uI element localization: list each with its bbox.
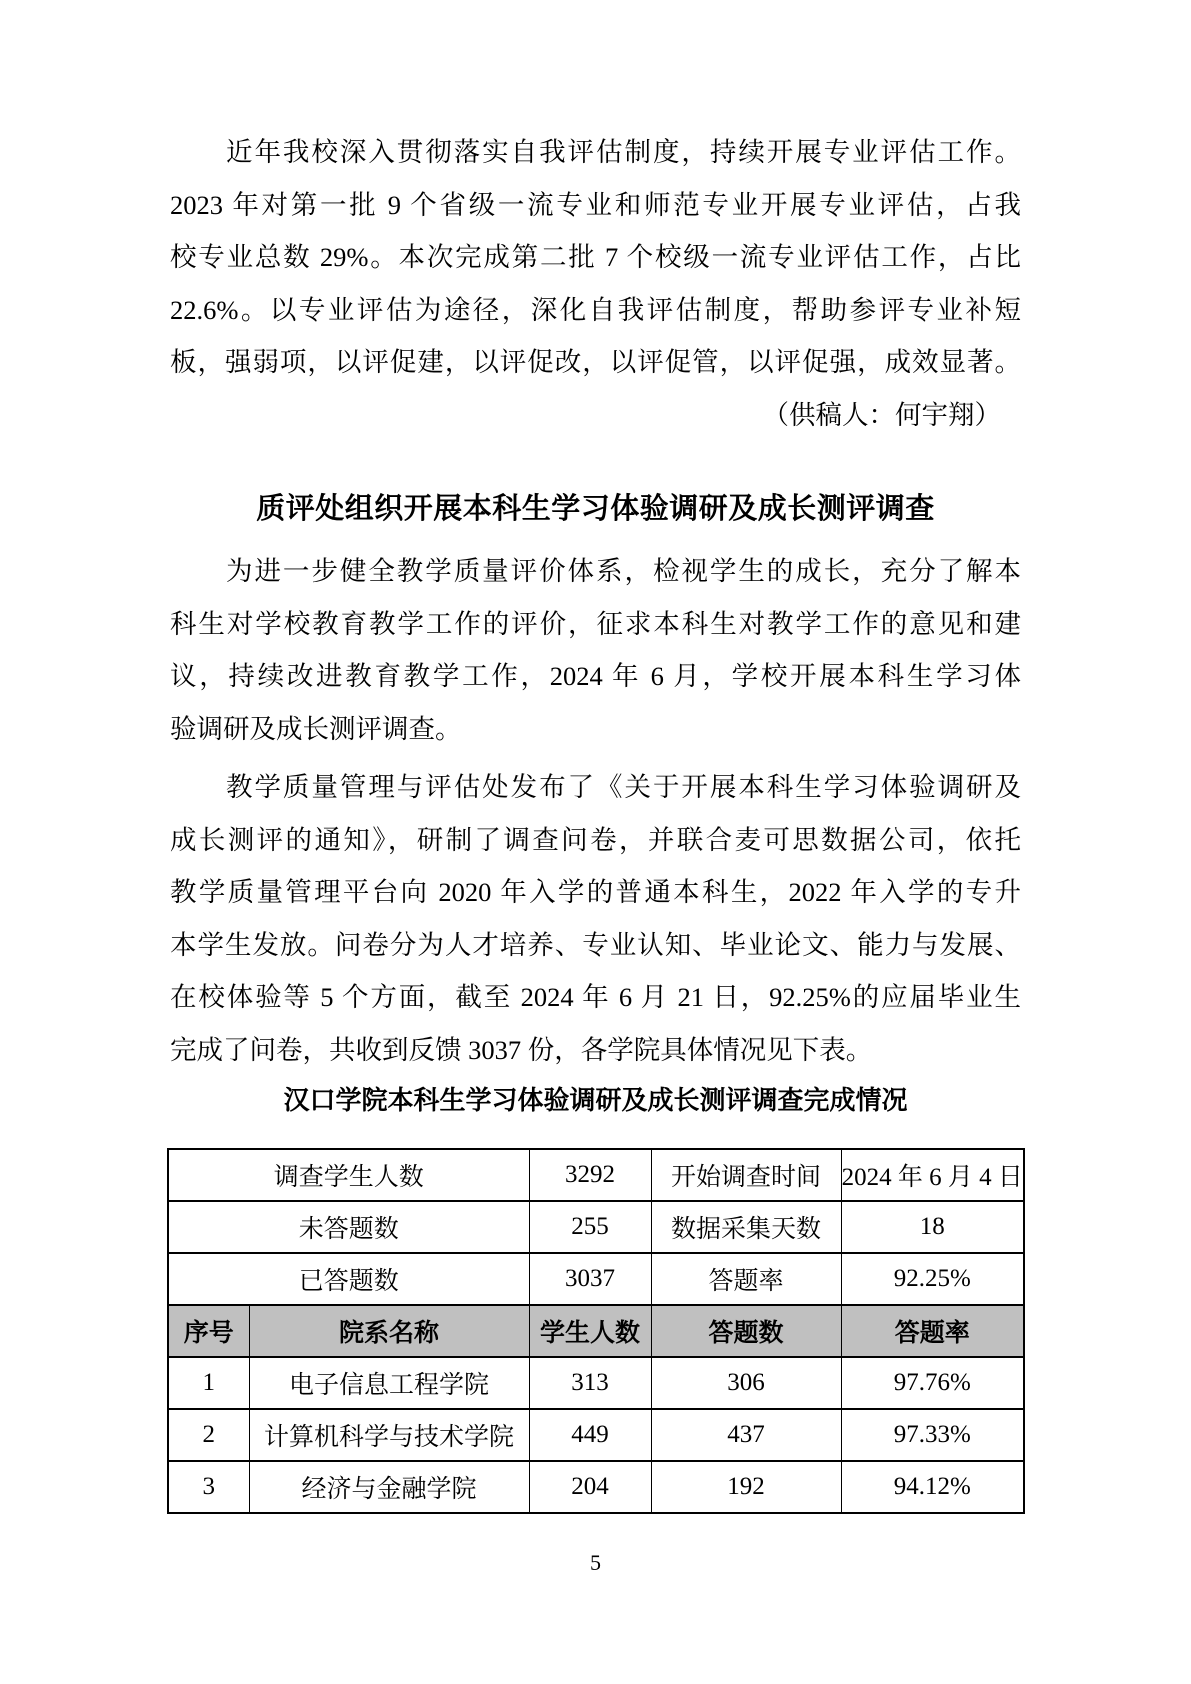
table-cell: 306	[651, 1357, 841, 1409]
table-cell: 94.12%	[841, 1461, 1024, 1513]
table-cell-label: 数据采集天数	[651, 1201, 841, 1253]
table-row: 3 经济与金融学院 204 192 94.12%	[168, 1461, 1024, 1513]
text-line: 教学质量管理与评估处发布了《关于开展本科生学习体验调研及	[170, 761, 1021, 814]
text-line: 成长测评的通知》，研制了调查问卷，并联合麦可思数据公司，依托	[170, 814, 1021, 867]
section-heading: 质评处组织开展本科生学习体验调研及成长测评调查	[170, 481, 1021, 537]
paragraph-evaluation-summary: 近年我校深入贯彻落实自我评估制度，持续开展专业评估工作。 2023 年对第一批 …	[170, 126, 1021, 441]
table-title: 汉口学院本科生学习体验调研及成长测评调查完成情况	[170, 1082, 1021, 1118]
table-cell-label: 调查学生人数	[168, 1149, 529, 1201]
text-line: 在校体验等 5 个方面，截至 2024 年 6 月 21 日，92.25%的应届…	[170, 971, 1021, 1024]
table-cell: 经济与金融学院	[249, 1461, 529, 1513]
table-cell-label: 答题率	[651, 1253, 841, 1305]
text-line: 本学生发放。问卷分为人才培养、专业认知、毕业论文、能力与发展、	[170, 919, 1021, 972]
table-summary-row: 已答题数 3037 答题率 92.25%	[168, 1253, 1024, 1305]
table-cell-label: 未答题数	[168, 1201, 529, 1253]
table-cell: 计算机科学与技术学院	[249, 1409, 529, 1461]
table-cell: 电子信息工程学院	[249, 1357, 529, 1409]
text-line: 科生对学校教育教学工作的评价，征求本科生对教学工作的意见和建	[170, 598, 1021, 651]
table-cell: 192	[651, 1461, 841, 1513]
table-summary-row: 未答题数 255 数据采集天数 18	[168, 1201, 1024, 1253]
table-cell: 1	[168, 1357, 249, 1409]
table-row: 1 电子信息工程学院 313 306 97.76%	[168, 1357, 1024, 1409]
text-line: 议，持续改进教育教学工作，2024 年 6 月，学校开展本科生学习体	[170, 650, 1021, 703]
text-line: 板，强弱项，以评促建，以评促改，以评促管，以评促强，成效显著。	[170, 336, 1021, 389]
text-line: 校专业总数 29%。本次完成第二批 7 个校级一流专业评估工作，占比	[170, 231, 1021, 284]
text-line: 为进一步健全教学质量评价体系，检视学生的成长，充分了解本	[170, 545, 1021, 598]
table-cell: 313	[529, 1357, 651, 1409]
table-cell-value: 3037	[529, 1253, 651, 1305]
table-cell-label: 已答题数	[168, 1253, 529, 1305]
page-content: 近年我校深入贯彻落实自我评估制度，持续开展专业评估工作。 2023 年对第一批 …	[170, 126, 1021, 1514]
table-cell: 2	[168, 1409, 249, 1461]
survey-completion-table: 调查学生人数 3292 开始调查时间 2024 年 6 月 4 日 未答题数 2…	[167, 1148, 1025, 1514]
paragraph-survey-details: 教学质量管理与评估处发布了《关于开展本科生学习体验调研及 成长测评的通知》，研制…	[170, 761, 1021, 1076]
table-header-cell: 序号	[168, 1305, 249, 1357]
table-cell-value: 92.25%	[841, 1253, 1024, 1305]
table-cell: 97.33%	[841, 1409, 1024, 1461]
table-cell: 449	[529, 1409, 651, 1461]
table-header-cell: 院系名称	[249, 1305, 529, 1357]
text-line: 教学质量管理平台向 2020 年入学的普通本科生，2022 年入学的专升	[170, 866, 1021, 919]
text-line: 验调研及成长测评调查。	[170, 703, 1021, 756]
table-summary-row: 调查学生人数 3292 开始调查时间 2024 年 6 月 4 日	[168, 1149, 1024, 1201]
table-cell: 204	[529, 1461, 651, 1513]
table-header-cell: 学生人数	[529, 1305, 651, 1357]
table-cell-value: 3292	[529, 1149, 651, 1201]
table-cell-value: 255	[529, 1201, 651, 1253]
text-line: 22.6%。以专业评估为途径，深化自我评估制度，帮助参评专业补短	[170, 284, 1021, 337]
table-header-cell: 答题率	[841, 1305, 1024, 1357]
page-number: 5	[0, 1550, 1191, 1576]
table-cell-value: 18	[841, 1201, 1024, 1253]
text-line: 2023 年对第一批 9 个省级一流专业和师范专业开展专业评估，占我	[170, 179, 1021, 232]
table-header-cell: 答题数	[651, 1305, 841, 1357]
table-cell: 437	[651, 1409, 841, 1461]
table-cell: 97.76%	[841, 1357, 1024, 1409]
table-cell-value: 2024 年 6 月 4 日	[841, 1149, 1024, 1201]
table-cell: 3	[168, 1461, 249, 1513]
table-header-row: 序号 院系名称 学生人数 答题数 答题率	[168, 1305, 1024, 1357]
table-cell-label: 开始调查时间	[651, 1149, 841, 1201]
table-row: 2 计算机科学与技术学院 449 437 97.33%	[168, 1409, 1024, 1461]
text-line: 完成了问卷，共收到反馈 3037 份，各学院具体情况见下表。	[170, 1024, 1021, 1077]
text-line: 近年我校深入贯彻落实自我评估制度，持续开展专业评估工作。	[170, 126, 1021, 179]
document-page: 近年我校深入贯彻落实自我评估制度，持续开展专业评估工作。 2023 年对第一批 …	[0, 0, 1191, 1684]
paragraph-survey-intro: 为进一步健全教学质量评价体系，检视学生的成长，充分了解本 科生对学校教育教学工作…	[170, 545, 1021, 755]
byline: （供稿人：何宇翔）	[170, 389, 1021, 442]
